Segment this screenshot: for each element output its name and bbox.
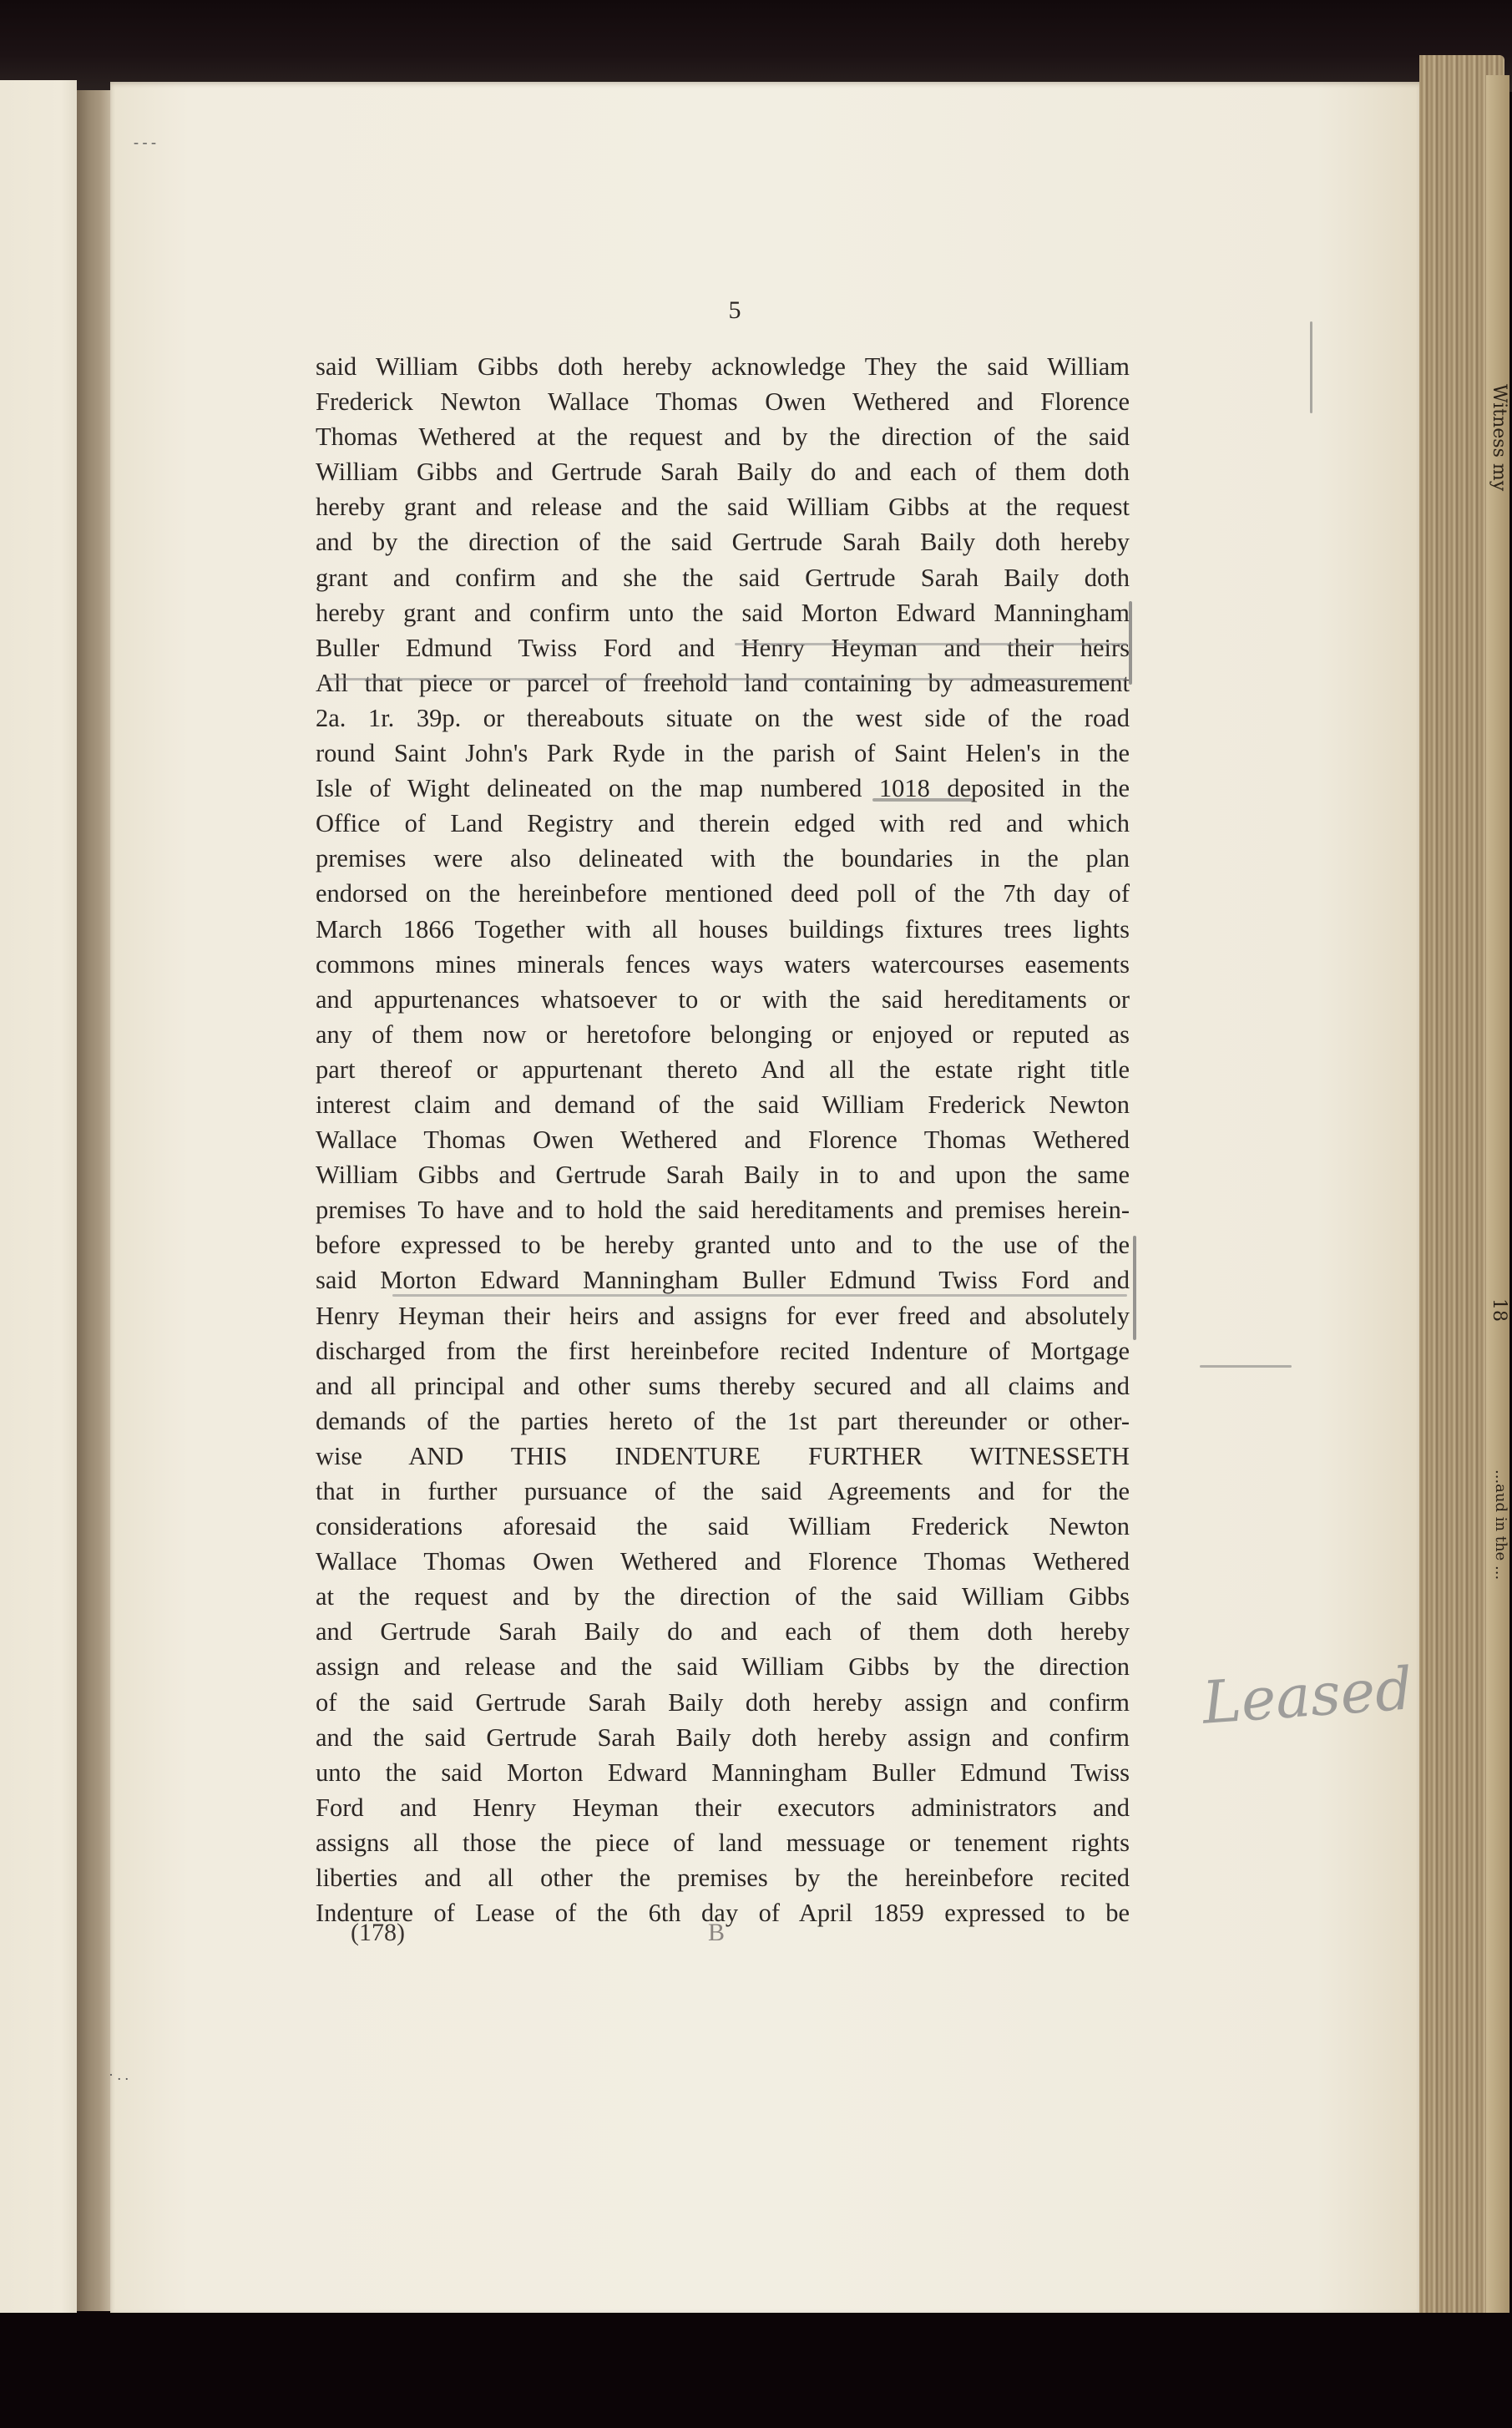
text-line: Wallace Thomas Owen Wethered and Florenc… xyxy=(316,1544,1130,1579)
text-line: All that piece or parcel of freehold lan… xyxy=(316,665,1130,701)
signature-number: (178) xyxy=(351,1919,405,1947)
text-line: Thomas Wethered at the request and by th… xyxy=(316,419,1130,454)
spine-label-middle: 18 xyxy=(1488,1298,1509,1322)
text-line: round Saint John's Park Ryde in the pari… xyxy=(316,736,1130,771)
text-line-heading: wise AND THIS INDENTURE FURTHER WITNESSE… xyxy=(316,1439,1130,1474)
pencil-margin-dash xyxy=(1200,1365,1292,1368)
text-line: any of them now or heretofore belonging … xyxy=(316,1017,1130,1052)
text-line: premises were also delineated with the b… xyxy=(316,841,1130,876)
text-line: and appurtenances whatsoever to or with … xyxy=(316,982,1130,1017)
text-line: Ford and Henry Heyman their executors ad… xyxy=(316,1790,1130,1825)
text-line: commons mines minerals fences ways water… xyxy=(316,947,1130,982)
text-line: grant and confirm and she the said Gertr… xyxy=(316,560,1130,595)
pencil-underline xyxy=(872,798,973,802)
text-line: of the said Gertrude Sarah Baily doth he… xyxy=(316,1685,1130,1720)
text-line: said Morton Edward Manningham Buller Edm… xyxy=(316,1262,1130,1297)
pencil-underline xyxy=(392,1294,1127,1297)
text-line: hereby grant and release and the said Wi… xyxy=(316,489,1130,524)
text-line: William Gibbs and Gertrude Sarah Baily i… xyxy=(316,1157,1130,1192)
text-line: at the request and by the direction of t… xyxy=(316,1579,1130,1614)
pencil-underline xyxy=(326,678,1127,680)
text-line: considerations aforesaid the said Willia… xyxy=(316,1509,1130,1544)
text-line: said William Gibbs doth hereby acknowled… xyxy=(316,349,1130,384)
text-line: Isle of Wight delineated on the map numb… xyxy=(316,771,1130,806)
text-line: March 1866 Together with all houses buil… xyxy=(316,912,1130,947)
stray-mark: - - - xyxy=(134,134,156,151)
text-line: assigns all those the piece of land mess… xyxy=(316,1825,1130,1860)
text-line: Frederick Newton Wallace Thomas Owen Wet… xyxy=(316,384,1130,419)
page-number: 5 xyxy=(718,296,751,325)
spine-label-lower: ...aud in the ... xyxy=(1488,1469,1509,1580)
text-line: before expressed to be hereby granted un… xyxy=(316,1227,1130,1262)
text-line: and Gertrude Sarah Baily do and each of … xyxy=(316,1614,1130,1649)
text-line: William Gibbs and Gertrude Sarah Baily d… xyxy=(316,454,1130,489)
text-line: that in further pursuance of the said Ag… xyxy=(316,1474,1130,1509)
text-line: assign and release and the said William … xyxy=(316,1649,1130,1684)
text-line: Henry Heyman their heirs and assigns for… xyxy=(316,1298,1130,1333)
text-line: liberties and all other the premises by … xyxy=(316,1860,1130,1895)
text-line: discharged from the first hereinbefore r… xyxy=(316,1333,1130,1368)
text-line: Buller Edmund Twiss Ford and Henry Heyma… xyxy=(316,630,1130,665)
margin-handwritten-note: Leased xyxy=(1200,1654,1414,1737)
text-line: premises To have and to hold the said he… xyxy=(316,1192,1130,1227)
book-cover-top xyxy=(0,0,1512,92)
document-body: said William Gibbs doth hereby acknowled… xyxy=(316,349,1130,1930)
text-line: and the said Gertrude Sarah Baily doth h… xyxy=(316,1720,1130,1755)
book-gutter xyxy=(77,90,110,2311)
pencil-margin-mark xyxy=(1133,1236,1136,1340)
text-line: endorsed on the hereinbefore mentioned d… xyxy=(316,876,1130,911)
text-line: part thereof or appurtenant thereto And … xyxy=(316,1052,1130,1087)
text-line: 2a. 1r. 39p. or thereabouts situate on t… xyxy=(316,701,1130,736)
stray-mark: · . . xyxy=(109,2066,129,2084)
text-line: Wallace Thomas Owen Wethered and Florenc… xyxy=(316,1122,1130,1157)
text-line: interest claim and demand of the said Wi… xyxy=(316,1087,1130,1122)
text-line: demands of the parties hereto of the 1st… xyxy=(316,1404,1130,1439)
text-line: unto the said Morton Edward Manningham B… xyxy=(316,1755,1130,1790)
pencil-margin-mark xyxy=(1310,321,1312,413)
signature-letter: B xyxy=(708,1919,725,1947)
pencil-margin-mark xyxy=(1129,601,1132,685)
book-cover-bottom xyxy=(0,2313,1512,2428)
text-line: and all principal and other sums thereby… xyxy=(316,1368,1130,1404)
spine-label-top: Witness my xyxy=(1488,384,1509,491)
pencil-underline xyxy=(735,643,1127,645)
text-line: Office of Land Registry and therein edge… xyxy=(316,806,1130,841)
left-page-edge xyxy=(0,80,77,2334)
text-line: hereby grant and confirm unto the said M… xyxy=(316,595,1130,630)
text-line: and by the direction of the said Gertrud… xyxy=(316,524,1130,559)
